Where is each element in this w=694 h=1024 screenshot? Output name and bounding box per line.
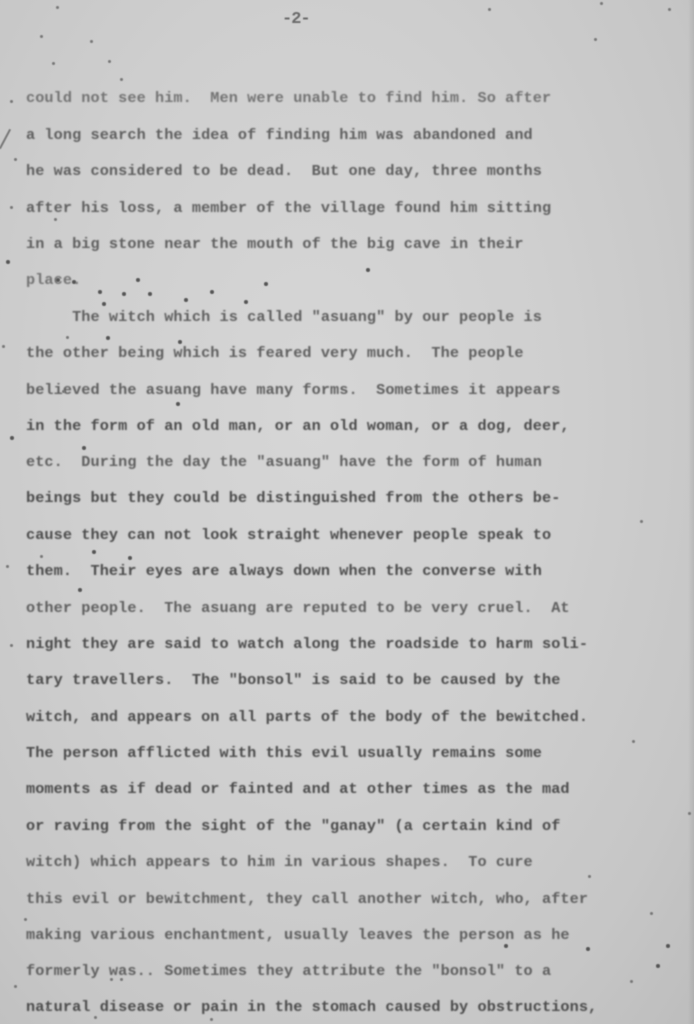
text-line: natural disease or pain in the stomach c…: [26, 997, 597, 1017]
scan-speck: [92, 550, 96, 554]
scan-speck: [366, 268, 370, 272]
text-line: he was considered to be dead. But one da…: [26, 161, 542, 181]
scanned-typewritten-page: -2- could not see him. Men were unable t…: [0, 0, 694, 1024]
text-line: cause they can not look straight wheneve…: [26, 525, 551, 545]
scan-speck: [640, 520, 643, 523]
scan-speck: [504, 944, 508, 948]
scan-speck: [586, 947, 590, 951]
scan-speck: [40, 555, 43, 558]
scan-speck: [56, 278, 60, 282]
text-line: a long search the idea of finding him wa…: [26, 125, 533, 145]
scan-speck: [90, 40, 93, 43]
scan-speck: [594, 38, 597, 41]
scan-speck: [488, 8, 491, 11]
scan-speck: [52, 62, 55, 65]
scan-speck: [56, 6, 59, 9]
scan-speck: [24, 918, 27, 921]
text-line: believed the asuang have many forms. Som…: [26, 380, 560, 400]
scan-speck: [94, 1016, 97, 1019]
text-line: moments as if dead or fainted and at oth…: [26, 779, 570, 799]
scan-speck: [600, 2, 603, 5]
scan-speck: [656, 964, 660, 968]
text-line: or raving from the sight of the "ganay" …: [26, 816, 560, 836]
scan-speck: [210, 290, 214, 294]
scan-speck: [588, 875, 591, 878]
scan-speck: [46, 1008, 49, 1011]
scan-speck: [136, 278, 140, 282]
text-line: The witch which is called "asuang" by ou…: [26, 307, 542, 327]
scan-speck: [14, 158, 17, 161]
scan-speck: [102, 302, 106, 306]
text-line: could not see him. Men were unable to fi…: [26, 88, 551, 108]
text-line: other people. The asuang are reputed to …: [26, 598, 570, 618]
scan-speck: [10, 644, 13, 647]
scan-speck: [122, 292, 126, 296]
scan-speck: [128, 556, 132, 560]
scan-speck: [184, 298, 188, 302]
text-line: the other being which is feared very muc…: [26, 343, 524, 363]
scan-speck: [98, 290, 102, 294]
text-line: witch) which appears to him in various s…: [26, 852, 533, 872]
scan-speck: [54, 218, 57, 221]
scan-speck: [10, 436, 14, 440]
scan-speck: [10, 100, 13, 103]
scan-speck: [210, 1018, 213, 1021]
text-line: night they are said to watch along the r…: [26, 634, 588, 654]
scan-speck: [650, 912, 653, 915]
scan-speck: [244, 300, 248, 304]
scan-speck: [10, 206, 13, 209]
margin-pencil-mark: [0, 129, 11, 149]
page-edge-shadow: [688, 0, 694, 1024]
scan-speck: [120, 978, 123, 981]
scan-speck: [40, 35, 43, 38]
scan-speck: [176, 402, 180, 406]
scan-speck: [630, 980, 633, 983]
scan-speck: [2, 345, 5, 348]
text-line: after his loss, a member of the village …: [26, 198, 551, 218]
scan-speck: [120, 78, 123, 81]
scan-speck: [178, 340, 182, 344]
scan-speck: [264, 282, 268, 286]
scan-speck: [632, 740, 635, 743]
text-line: beings but they could be distinguished f…: [26, 488, 560, 508]
scan-speck: [6, 260, 10, 264]
text-line: formerly was.. Sometimes they attribute …: [26, 961, 551, 981]
scan-speck: [110, 978, 113, 981]
scan-speck: [668, 8, 671, 11]
text-line: tary travellers. The "bonsol" is said to…: [26, 670, 560, 690]
scan-speck: [14, 985, 17, 988]
scan-speck: [62, 390, 65, 393]
text-line: The person afflicted with this evil usua…: [26, 743, 542, 763]
text-line: etc. During the day the "asuang" have th…: [26, 452, 542, 472]
scan-speck: [148, 292, 152, 296]
scan-speck: [108, 60, 111, 63]
text-line: in the form of an old man, or an old wom…: [26, 416, 570, 436]
text-line: making various enchantment, usually leav…: [26, 925, 570, 945]
scan-speck: [66, 336, 69, 339]
text-line: witch, and appears on all parts of the b…: [26, 707, 588, 727]
scan-speck: [666, 944, 670, 948]
scan-speck: [82, 446, 86, 450]
page-number: -2-: [282, 10, 310, 29]
scan-speck: [78, 588, 82, 592]
text-line: them. Their eyes are always down when th…: [26, 561, 542, 581]
scan-speck: [72, 280, 76, 284]
scan-speck: [106, 336, 110, 340]
text-line: in a big stone near the mouth of the big…: [26, 234, 524, 254]
scan-speck: [688, 812, 691, 815]
text-line: this evil or bewitchment, they call anot…: [26, 889, 588, 909]
scan-speck: [6, 565, 9, 568]
